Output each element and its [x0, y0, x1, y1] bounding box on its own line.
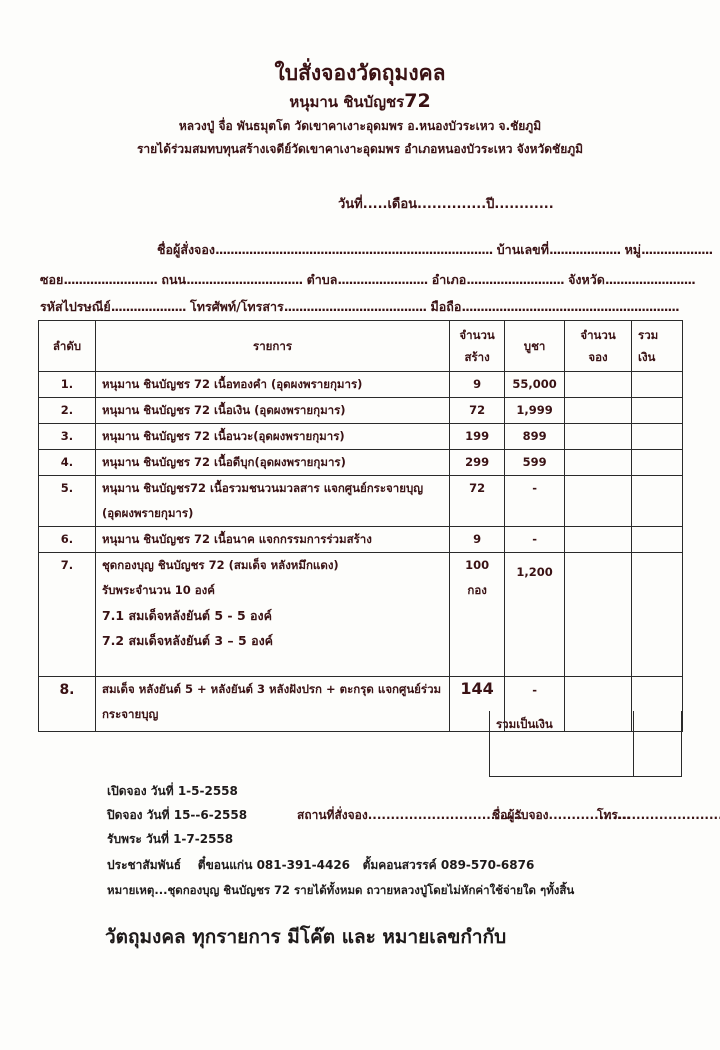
subdistrict-field[interactable]: ........................ — [337, 272, 427, 287]
row-no: 2. — [39, 398, 96, 424]
house-number-label: บ้านเลขที่ — [497, 240, 549, 260]
monk-line: หลวงปู่ จื่อ พันธมุตโต วัดเขาคาเงาะอุดมพ… — [0, 117, 720, 136]
close-date-row: ปิดจอง วันที่ 15--6-2558 สถานที่สั่งจอง.… — [107, 806, 247, 825]
table-row: 7. ชุดกองบุญ ชินบัญชร 72 (สมเด็จ หลังหมึ… — [39, 553, 683, 677]
row-no: 5. — [39, 476, 96, 527]
soi-label: ซอย — [40, 270, 63, 290]
row-no: 4. — [39, 450, 96, 476]
row-qty: 9 — [450, 372, 505, 398]
subtitle-text: หนุมาน ชินบัญชร — [289, 93, 404, 111]
orderer-name-field[interactable]: ........................................… — [215, 242, 492, 257]
mobile-field[interactable]: ........................................… — [461, 299, 678, 314]
row-order-qty-cell[interactable] — [565, 476, 632, 527]
header-total: รวมเงิน — [632, 321, 683, 372]
row-total-cell[interactable] — [632, 398, 683, 424]
row-price: 1,999 — [505, 398, 565, 424]
purpose-line: รายได้ร่วมสมทบทุนสร้างเจดีย์วัดเขาคาเงาะ… — [0, 140, 720, 159]
grand-total-divider — [633, 711, 634, 776]
mobile-label: มือถือ — [431, 297, 462, 317]
subtitle-number: 72 — [404, 90, 430, 112]
row-item: ชุดกองบุญ ชินบัญชร 72 (สมเด็จ หลังหมึกแด… — [95, 553, 449, 677]
district-field[interactable]: .......................... — [466, 272, 563, 287]
row-item-line: ชุดกองบุญ ชินบัญชร 72 (สมเด็จ หลังหมึกแด… — [102, 553, 443, 578]
row-qty: 299 — [450, 450, 505, 476]
close-date: ปิดจอง วันที่ 15--6-2558 — [107, 808, 247, 822]
row-order-qty-cell[interactable] — [565, 372, 632, 398]
form-subtitle: หนุมาน ชินบัญชร72 — [0, 90, 720, 114]
province-field[interactable]: ........................ — [605, 272, 695, 287]
header-qty-made: จำนวนสร้าง — [450, 321, 505, 372]
road-field[interactable]: ............................... — [186, 272, 302, 287]
row-price: 1,200 — [505, 553, 565, 677]
row-item: หนุมาน ชินบัญชร 72 เนื้อนาค แจกกรรมการร่… — [95, 527, 449, 553]
row-item-line: 7.1 สมเด็จหลังยันต์ 5 - 5 องค์ — [102, 603, 443, 628]
row-price: 599 — [505, 450, 565, 476]
row-total-cell[interactable] — [632, 553, 683, 677]
pr-row: ประชาสัมพันธ์ ตี๋ขอนแก่น 081-391-4426 ตั… — [107, 856, 534, 875]
header-qty-order: จำนวนจอง — [565, 321, 632, 372]
postcode-field[interactable]: .................... — [111, 299, 186, 314]
order-table: ลำดับ รายการ จำนวนสร้าง บูชา จำนวนจอง รว… — [38, 320, 683, 732]
grand-total-label: รวมเป็นเงิน — [496, 716, 553, 734]
pr-contact-2: ตั้มคอนสวรรค์ 089-570-6876 — [363, 858, 535, 872]
row-order-qty-cell[interactable] — [565, 527, 632, 553]
house-number-field[interactable]: ................... — [549, 242, 620, 257]
row-no: 1. — [39, 372, 96, 398]
form-title: ใบสั่งจองวัดถุมงคล — [0, 57, 720, 90]
receive-date: รับพระ วันที่ 1-7-2558 — [107, 830, 233, 849]
row-total-cell[interactable] — [632, 476, 683, 527]
postcode-label: รหัสไปรษณีย์ — [40, 297, 111, 317]
header-no: ลำดับ — [39, 321, 96, 372]
pr-label: ประชาสัมพันธ์ — [107, 858, 181, 872]
table-header-row: ลำดับ รายการ จำนวนสร้าง บูชา จำนวนจอง รว… — [39, 321, 683, 372]
row-qty: 9 — [450, 527, 505, 553]
table-row: 1. หนุมาน ชินบัญชร 72 เนื้อทองคำ (อุดผงพ… — [39, 372, 683, 398]
row-item: หนุมาน ชินบัญชร 72 เนื้อเงิน (อุดผงพรายก… — [95, 398, 449, 424]
row-item: หนุมาน ชินบัญชร 72 เนื้อนวะ(อุดผงพรายกุม… — [95, 424, 449, 450]
table-row: 3. หนุมาน ชินบัญชร 72 เนื้อนวะ(อุดผงพราย… — [39, 424, 683, 450]
open-date: เปิดจอง วันที่ 1-5-2558 — [107, 782, 238, 801]
village-field[interactable]: ................... — [641, 242, 712, 257]
row-qty: 199 — [450, 424, 505, 450]
row-item-line: รับพระจำนวน 10 องค์ — [102, 578, 443, 603]
row-price: 899 — [505, 424, 565, 450]
row-item: หนุมาน ชินบัญชร72 เนื้อรวมชนวนมวลสาร แจก… — [95, 476, 449, 527]
pr-contact-1: ตี๋ขอนแก่น 081-391-4426 — [198, 858, 350, 872]
header-item: รายการ — [95, 321, 449, 372]
row-order-qty-cell[interactable] — [565, 398, 632, 424]
phone-fax-label: โทรศัพท์/โทรสาร — [190, 297, 284, 317]
row-total-cell[interactable] — [632, 424, 683, 450]
form-row-name: ชื่อผู้สั่งจอง..........................… — [157, 240, 712, 260]
motto: วัตถุมงคล ทุกรายการ มีโค๊ต และ หมายเลขกำ… — [105, 922, 506, 952]
grand-total-box: รวมเป็นเงิน — [489, 711, 682, 777]
table-row: 5. หนุมาน ชินบัญชร72 เนื้อรวมชนวนมวลสาร … — [39, 476, 683, 527]
row-total-cell[interactable] — [632, 450, 683, 476]
row-price: 55,000 — [505, 372, 565, 398]
table-row: 6. หนุมาน ชินบัญชร 72 เนื้อนาค แจกกรรมกา… — [39, 527, 683, 553]
soi-field[interactable]: ......................... — [63, 272, 157, 287]
grand-total-value[interactable] — [635, 711, 681, 776]
row-price: - — [505, 527, 565, 553]
row-total-cell[interactable] — [632, 527, 683, 553]
row-item: หนุมาน ชินบัญชร 72 เนื้อดีบุก(อุดผงพรายก… — [95, 450, 449, 476]
row-no: 7. — [39, 553, 96, 677]
row-order-qty-cell[interactable] — [565, 553, 632, 677]
table-row: 4. หนุมาน ชินบัญชร 72 เนื้อดีบุก(อุดผงพร… — [39, 450, 683, 476]
row-no: 3. — [39, 424, 96, 450]
row-item: หนุมาน ชินบัญชร 72 เนื้อทองคำ (อุดผงพราย… — [95, 372, 449, 398]
row-no: 6. — [39, 527, 96, 553]
phone-fax-field[interactable]: ...................................... — [284, 299, 426, 314]
row-order-qty-cell[interactable] — [565, 424, 632, 450]
form-row-address: ซอย......................... ถนน........… — [40, 270, 695, 290]
form-row-contact: รหัสไปรษณีย์.................... โทรศัพท… — [40, 297, 679, 317]
row-item: สมเด็จ หลังยันต์ 5 + หลังยันต์ 3 หลังฝัง… — [95, 677, 449, 732]
orderer-name-label: ชื่อผู้สั่งจอง — [157, 240, 215, 260]
row-price: - — [505, 476, 565, 527]
row-qty: 72 — [450, 398, 505, 424]
row-total-cell[interactable] — [632, 372, 683, 398]
row-item-line: 7.2 สมเด็จหลังยันต์ 3 – 5 องค์ — [102, 628, 443, 653]
note: หมายเหตุ...ชุดกองบุญ ชินบัญชร 72 รายได้ท… — [107, 882, 574, 900]
receiver-phone-field[interactable]: โทร........................... — [597, 806, 720, 825]
province-label: จังหวัด — [568, 270, 605, 290]
district-label: อำเภอ — [432, 270, 467, 290]
road-label: ถนน — [161, 270, 186, 290]
row-order-qty-cell[interactable] — [565, 450, 632, 476]
date-line[interactable]: วันที่.....เดือน..............ปี........… — [338, 193, 554, 214]
order-place-field[interactable]: สถานที่สั่งจอง..........................… — [297, 806, 523, 825]
table-row: 2. หนุมาน ชินบัญชร 72 เนื้อเงิน (อุดผงพร… — [39, 398, 683, 424]
subdistrict-label: ตำบล — [307, 270, 338, 290]
row-qty: 72 — [450, 476, 505, 527]
row-no: 8. — [39, 677, 96, 732]
village-label: หมู่ — [625, 240, 641, 260]
row-qty: 100กอง — [450, 553, 505, 677]
header-price: บูชา — [505, 321, 565, 372]
